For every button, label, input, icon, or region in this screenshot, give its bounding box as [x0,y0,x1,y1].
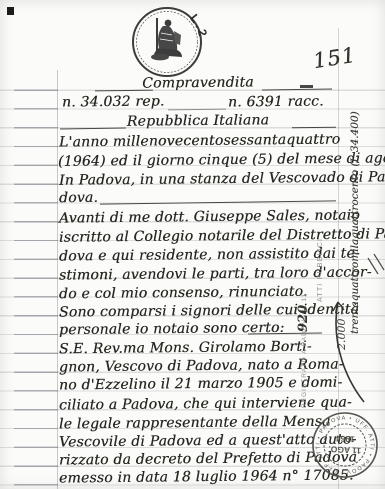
pen-rule [248,332,322,334]
stamp-date-day-month: 11 AGO. [328,444,361,456]
handwritten-line: dova e qui residente, non assistito dai … [59,246,360,264]
handwritten-line: L'anno millenovecentosessantaquattro [59,133,340,151]
page-number: 151 [311,43,357,73]
handwritten-line: ciliato a Padova, che qui interviene qua… [59,395,352,413]
handwritten-line: le legale rappresentante della Mensa [59,415,331,433]
handwritten-line: Avanti di me dott. Giuseppe Sales, notai… [59,208,360,226]
handwritten-line: (1964) ed il giorno cinque (5) del mese … [58,151,385,170]
handwritten-line: dova. [59,191,98,206]
pen-rule [100,200,336,204]
handwritten-line: In Padova, in una stanza del Vescovado d… [59,170,385,188]
raccolta-number: n. 6391 racc. [228,94,324,110]
scanned-document-page: L.200 151 Compravendita n. 34.032 rep. n… [0,0,385,489]
stamp-date-year: 1964 [335,434,355,445]
repertorio-number: n. 34.032 rep. [62,94,165,110]
left-margin-line [57,70,58,489]
registration-fee-note: trentaquattromilaquattrocento (L 34.400) [349,104,361,334]
handwritten-line: iscritto al Collegio notarile del Distre… [59,227,385,246]
handwritten-line: S.E. Rev.ma Mons. Girolamo Borti- [59,340,312,358]
left-margin-ruling [14,72,58,489]
registry-date-stamp-icon: • UFF. ATTI • PADOVA • UFF. ATTI • PADOV… [308,408,382,482]
handwritten-line: personale io notaio sono certo: [59,321,285,338]
pen-rule [168,109,226,111]
handwritten-line: no d'Ezzelino il 21 marzo 1905 e domi- [59,376,342,394]
revenue-stamp-icon: L.200 [130,5,204,79]
registration-fee-amount: 2.000 — [335,304,348,350]
registration-office-text: Atti Pubblici [317,238,324,302]
handwritten-line: do e col mio consenso, rinunciato. [59,285,308,303]
registration-number: 920 [296,305,311,332]
pen-rule [292,127,336,129]
handwritten-line: stimoni, avendovi le parti, tra loro d'a… [59,265,372,283]
pen-rule [262,89,332,91]
scan-artifact [7,7,14,15]
handwritten-line: Sono comparsi i signori delle cui identi… [59,302,359,320]
